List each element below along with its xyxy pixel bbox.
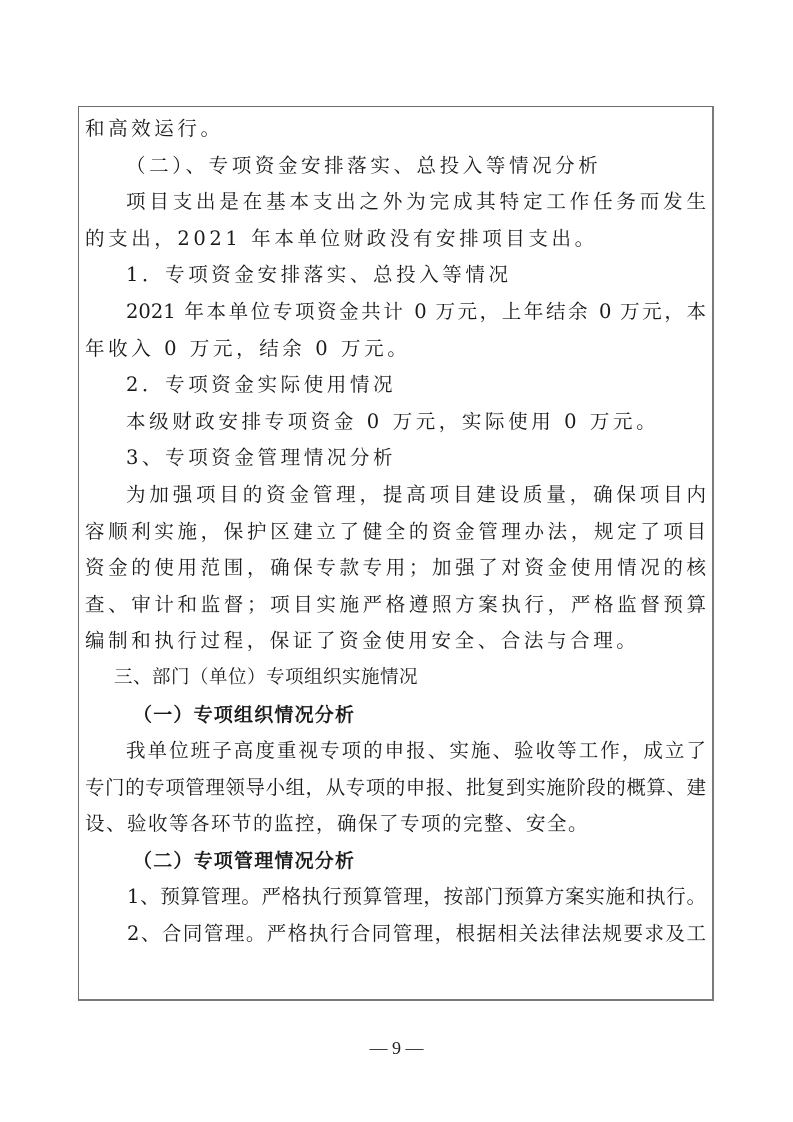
subsection-title-1: 1．专项资金安排落实、总投入等情况 (85, 257, 706, 294)
paragraph-line: 我单位班子高度重视专项的申报、实施、验收等工作，成立了 (85, 733, 706, 770)
section-heading-organization: 三、部门（单位）专项组织实施情况 (85, 660, 706, 697)
paragraph-line: 2021 年本单位专项资金共计 0 万元，上年结余 0 万元，本 (85, 294, 706, 331)
subsection-title-3: 3、专项资金管理情况分析 (85, 440, 706, 477)
paragraph-line: 1、预算管理。严格执行预算管理，按部门预算方案实施和执行。 (85, 879, 706, 916)
paragraph-line: 为加强项目的资金管理，提高项目建设质量，确保项目内 (85, 477, 706, 514)
page-number: — 9 — (0, 1038, 793, 1059)
document-body: 和高效运行。 （二）、专项资金安排落实、总投入等情况分析 项目支出是在基本支出之… (85, 111, 706, 953)
paragraph-line: 容顺利实施，保护区建立了健全的资金管理办法，规定了项目 (85, 514, 706, 551)
subsection-title-2: 2．专项资金实际使用情况 (85, 367, 706, 404)
paragraph-line: 年收入 0 万元，结余 0 万元。 (85, 331, 706, 368)
paragraph-line: 专门的专项管理领导小组，从专项的申报、批复到实施阶段的概算、建 (85, 770, 706, 807)
subheading-management-analysis: （二）专项管理情况分析 (85, 843, 706, 880)
paragraph-line: 本级财政安排专项资金 0 万元，实际使用 0 万元。 (85, 404, 706, 441)
paragraph-line: 的支出，2021 年本单位财政没有安排项目支出。 (85, 221, 706, 258)
paragraph-line: 和高效运行。 (85, 111, 706, 148)
section-title-funds-arrangement: （二）、专项资金安排落实、总投入等情况分析 (85, 148, 706, 185)
paragraph-line: 2、合同管理。严格执行合同管理，根据相关法律法规要求及工 (85, 916, 706, 953)
document-frame: 和高效运行。 （二）、专项资金安排落实、总投入等情况分析 项目支出是在基本支出之… (78, 106, 714, 1001)
paragraph-line: 设、验收等各环节的监控，确保了专项的完整、安全。 (85, 806, 706, 843)
paragraph-line: 查、审计和监督；项目实施严格遵照方案执行，严格监督预算 (85, 587, 706, 624)
paragraph-line: 编制和执行过程，保证了资金使用安全、合法与合理。 (85, 623, 706, 660)
paragraph-line: 项目支出是在基本支出之外为完成其特定工作任务而发生 (85, 184, 706, 221)
paragraph-line: 资金的使用范围，确保专款专用；加强了对资金使用情况的核 (85, 550, 706, 587)
subheading-organization-analysis: （一）专项组织情况分析 (85, 697, 706, 734)
